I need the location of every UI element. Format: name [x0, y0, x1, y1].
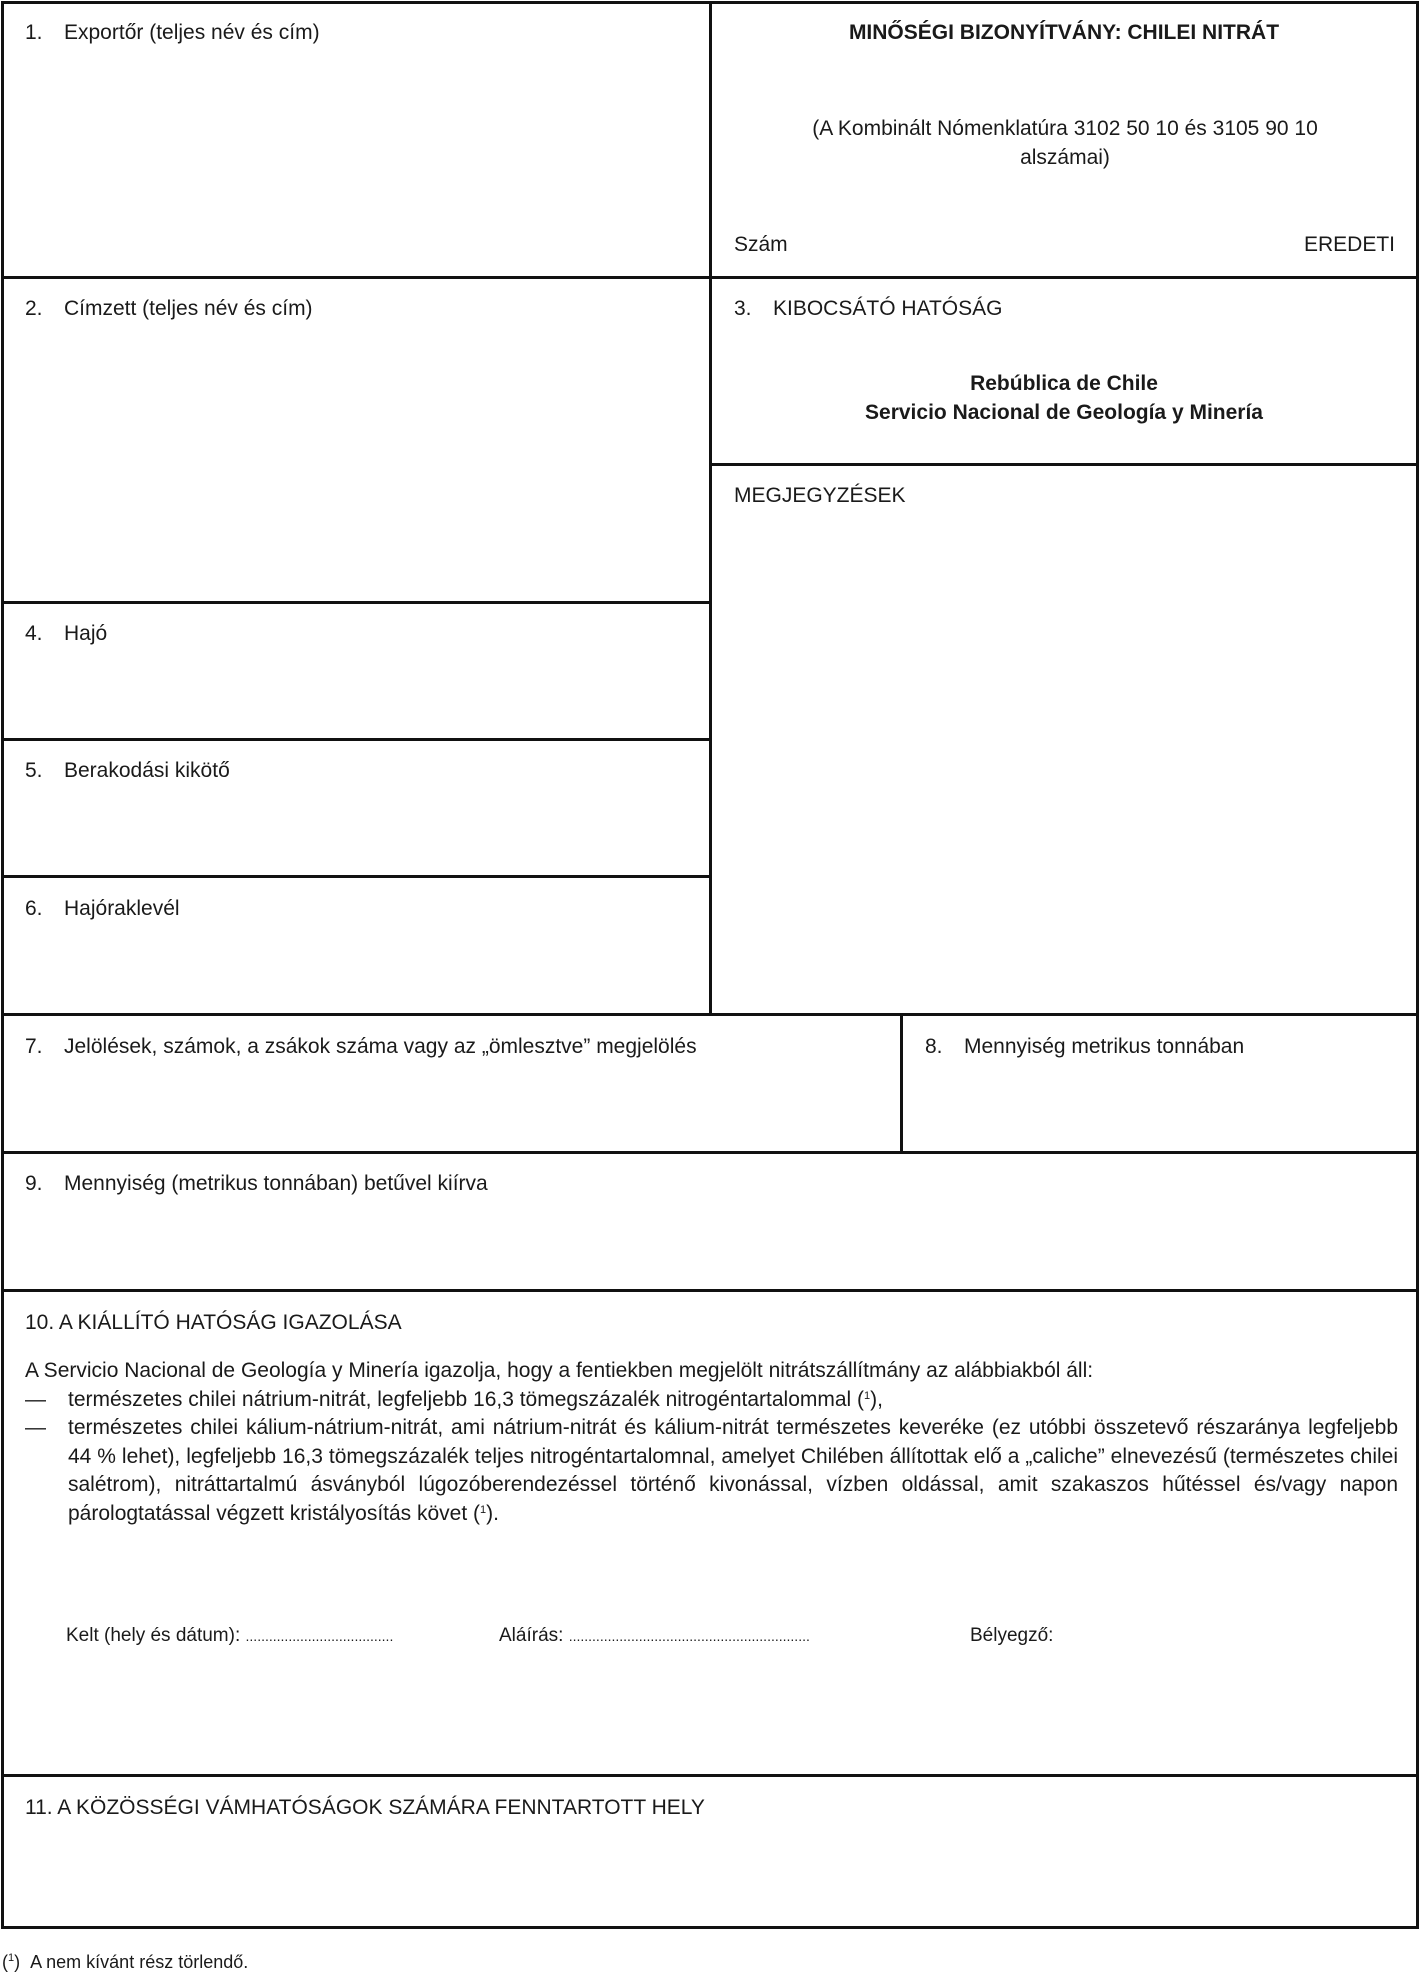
certification-heading: 10. A KIÁLLÍTÓ HATÓSÁG IGAZOLÁSA [25, 1310, 402, 1336]
original-label: EREDETI [1304, 232, 1395, 258]
border-right [1416, 1, 1419, 1929]
remarks-field[interactable] [712, 466, 1416, 1013]
marks-label: 7.Jelölések, számok, a zsákok száma vagy… [25, 1034, 697, 1060]
consignee-field[interactable] [4, 279, 709, 601]
footnote-text: A nem kívánt rész törlendő. [30, 1952, 248, 1972]
dash-bullet: — [25, 1414, 68, 1528]
quantity-num: 8. [925, 1034, 964, 1060]
signature-field[interactable]: ........................................… [569, 1628, 810, 1644]
issuing-authority-agency: Servicio Nacional de Geología y Minería [712, 400, 1416, 426]
footnote: (1) A nem kívánt rész törlendő. [2, 1951, 248, 1973]
certification-item: — természetes chilei kálium-nátrium-nitr… [25, 1414, 1398, 1528]
dash-bullet: — [25, 1386, 68, 1415]
consignee-label: 2.Címzett (teljes név és cím) [25, 296, 313, 322]
issuing-authority-label: 3.KIBOCSÁTÓ HATÓSÁG [734, 296, 1002, 322]
port-num: 5. [25, 758, 64, 784]
certificate-number-label: Szám [734, 232, 788, 258]
customs-heading: 11. A KÖZÖSSÉGI VÁMHATÓSÁGOK SZÁMÁRA FEN… [25, 1795, 705, 1821]
marks-text: Jelölések, számok, a zsákok száma vagy a… [64, 1035, 697, 1058]
certification-item: — természetes chilei nátrium-nitrát, leg… [25, 1386, 1398, 1415]
signature-label: Aláírás: [499, 1625, 563, 1646]
stamp-label: Bélyegző: [970, 1624, 1053, 1648]
certification-item-text: természetes chilei nátrium-nitrát, legfe… [68, 1388, 864, 1411]
exporter-num: 1. [25, 20, 64, 46]
bill-of-lading-label: 6.Hajóraklevél [25, 896, 180, 922]
certification-intro: A Servicio Nacional de Geología y Minerí… [25, 1357, 1398, 1386]
document-title: MINŐSÉGI BIZONYÍTVÁNY: CHILEI NITRÁT [712, 20, 1416, 46]
vessel-text: Hajó [64, 622, 107, 645]
consignee-text: Címzett (teljes név és cím) [64, 297, 313, 320]
row-sep-10 [1, 1289, 1419, 1292]
issuing-authority-text: KIBOCSÁTÓ HATÓSÁG [773, 297, 1002, 320]
vessel-field[interactable] [4, 604, 709, 738]
bill-of-lading-num: 6. [25, 896, 64, 922]
certification-body: A Servicio Nacional de Geología y Minerí… [25, 1357, 1398, 1528]
vessel-num: 4. [25, 621, 64, 647]
issuing-authority-num: 3. [734, 296, 773, 322]
port-label: 5.Berakodási kikötő [25, 758, 230, 784]
exporter-label: 1.Exportőr (teljes név és cím) [25, 20, 320, 46]
quantity-label: 8.Mennyiség metrikus tonnában [925, 1034, 1244, 1060]
quantity-words-text: Mennyiség (metrikus tonnában) betűvel ki… [64, 1172, 488, 1195]
certificate-number-field[interactable] [800, 228, 1280, 262]
place-date-field[interactable]: ...................................... [246, 1628, 394, 1644]
certification-item-text: természetes chilei kálium-nátrium-nitrát… [68, 1416, 1398, 1525]
quantity-text: Mennyiség metrikus tonnában [964, 1035, 1244, 1058]
bill-of-lading-text: Hajóraklevél [64, 897, 180, 920]
port-text: Berakodási kikötő [64, 759, 230, 782]
remarks-label: MEGJEGYZÉSEK [734, 483, 906, 509]
quantity-words-label: 9.Mennyiség (metrikus tonnában) betűvel … [25, 1171, 488, 1197]
consignee-num: 2. [25, 296, 64, 322]
stamp-field[interactable] [1060, 1610, 1400, 1760]
border-bottom [1, 1926, 1419, 1929]
issuing-authority-country: Rebública de Chile [712, 371, 1416, 397]
signature-row: Aláírás: ...............................… [499, 1624, 810, 1648]
place-date-row: Kelt (hely és dátum): ..................… [66, 1624, 393, 1648]
place-date-label: Kelt (hely és dátum): [66, 1625, 240, 1646]
exporter-text: Exportőr (teljes név és cím) [64, 21, 320, 44]
quantity-words-num: 9. [25, 1171, 64, 1197]
document-subtitle: (A Kombinált Nómenklatúra 3102 50 10 és … [770, 114, 1360, 172]
vessel-label: 4.Hajó [25, 621, 107, 647]
marks-num: 7. [25, 1034, 64, 1060]
